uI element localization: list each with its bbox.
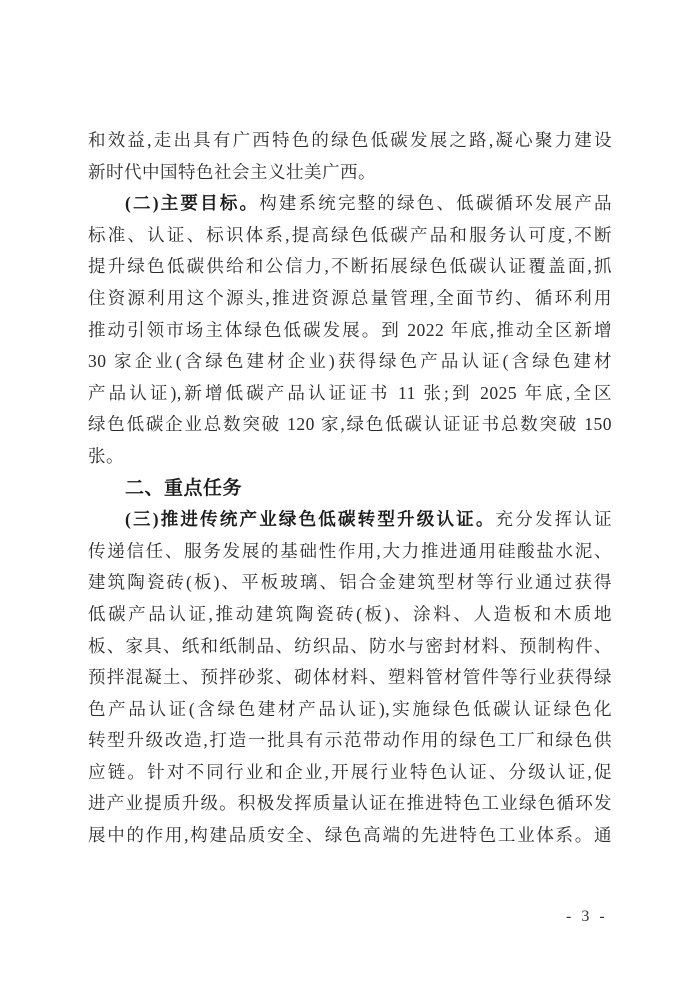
paragraph-text: 绿色低碳企业总数突破 120 家,绿色低碳认证证书总数突破 150 <box>88 414 612 434</box>
paragraph-lead-text: (二)主要目标。 <box>125 193 259 213</box>
paragraph-text: 构建系统完整的绿色、低碳循环发展产品 <box>259 193 612 213</box>
paragraph-text: 标准、认证、标识体系,提高绿色低碳产品和服务认可度,不断 <box>88 225 612 245</box>
paragraph-main-goals-line: 张。 <box>88 441 612 473</box>
paragraph-text: 提升绿色低碳供给和公信力,不断拓展绿色低碳认证覆盖面,抓 <box>88 256 612 276</box>
paragraph-traditional-industry-line: 转型升级改造,打造一批具有示范带动作用的绿色工厂和绿色供 <box>88 725 612 757</box>
paragraph-traditional-industry-line: 低碳产品认证,推动建筑陶瓷砖(板)、涂料、人造板和木质地 <box>88 599 612 631</box>
paragraph-traditional-industry-line: 展中的作用,构建品质安全、绿色高端的先进特色工业体系。通 <box>88 820 612 852</box>
paragraph-text: 二、重点任务 <box>125 478 242 499</box>
paragraph-traditional-industry-line: 传递信任、服务发展的基础性作用,大力推进通用硅酸盐水泥、 <box>88 536 612 568</box>
paragraph-traditional-industry-line: (三)推进传统产业绿色低碳转型升级认证。充分发挥认证 <box>88 504 612 536</box>
paragraph-text: 色产品认证(含绿色建材产品认证),实施绿色低碳认证绿色化 <box>88 699 612 719</box>
paragraph-main-goals-line: 住资源利用这个源头,推进资源总量管理,全面节约、循环利用 <box>88 283 612 315</box>
paragraph-text: 和效益,走出具有广西特色的绿色低碳发展之路,凝心聚力建设 <box>88 130 612 150</box>
paragraph-continuation-line: 和效益,走出具有广西特色的绿色低碳发展之路,凝心聚力建设 <box>88 125 612 157</box>
paragraph-lead-text: (三)推进传统产业绿色低碳转型升级认证。 <box>125 509 496 529</box>
paragraph-text: 进产业提质升级。积极发挥质量认证在推进特色工业绿色循环发 <box>88 793 612 813</box>
paragraph-text: 应链。针对不同行业和企业,开展行业特色认证、分级认证,促 <box>88 762 612 782</box>
paragraph-text: 板、家具、纸和纸制品、纺织品、防水与密封材料、预制构件、 <box>88 636 612 656</box>
paragraph-main-goals-line: 产品认证),新增低碳产品认证证书 11 张;到 2025 年底,全区 <box>88 378 612 410</box>
paragraph-text: 建筑陶瓷砖(板)、平板玻璃、铝合金建筑型材等行业通过获得 <box>88 572 612 592</box>
paragraph-text: 推动引领市场主体绿色低碳发展。到 2022 年底,推动全区新增 <box>88 320 612 340</box>
section-heading-key-tasks-line: 二、重点任务 <box>88 473 612 505</box>
paragraph-text: 预拌混凝土、预拌砂浆、砌体材料、塑料管材管件等行业获得绿 <box>88 667 612 687</box>
paragraph-continuation-line: 新时代中国特色社会主义壮美广西。 <box>88 157 612 189</box>
paragraph-traditional-industry-line: 应链。针对不同行业和企业,开展行业特色认证、分级认证,促 <box>88 757 612 789</box>
paragraph-main-goals-line: 标准、认证、标识体系,提高绿色低碳产品和服务认可度,不断 <box>88 220 612 252</box>
document-page: 和效益,走出具有广西特色的绿色低碳发展之路,凝心聚力建设新时代中国特色社会主义壮… <box>0 0 700 990</box>
paragraph-main-goals-line: (二)主要目标。构建系统完整的绿色、低碳循环发展产品 <box>88 188 612 220</box>
paragraph-text: 30 家企业(含绿色建材企业)获得绿色产品认证(含绿色建材 <box>88 351 612 371</box>
paragraph-main-goals-line: 30 家企业(含绿色建材企业)获得绿色产品认证(含绿色建材 <box>88 346 612 378</box>
paragraph-text: 新时代中国特色社会主义壮美广西。 <box>88 162 376 182</box>
page-number: - 3 - <box>566 908 608 926</box>
paragraph-traditional-industry-line: 建筑陶瓷砖(板)、平板玻璃、铝合金建筑型材等行业通过获得 <box>88 567 612 599</box>
paragraph-traditional-industry-line: 板、家具、纸和纸制品、纺织品、防水与密封材料、预制构件、 <box>88 631 612 663</box>
paragraph-main-goals-line: 提升绿色低碳供给和公信力,不断拓展绿色低碳认证覆盖面,抓 <box>88 251 612 283</box>
paragraph-main-goals-line: 推动引领市场主体绿色低碳发展。到 2022 年底,推动全区新增 <box>88 315 612 347</box>
paragraph-text: 张。 <box>88 446 124 466</box>
paragraph-traditional-industry-line: 预拌混凝土、预拌砂浆、砌体材料、塑料管材管件等行业获得绿 <box>88 662 612 694</box>
paragraph-text: 充分发挥认证 <box>496 509 612 529</box>
paragraph-text: 传递信任、服务发展的基础性作用,大力推进通用硅酸盐水泥、 <box>88 541 612 561</box>
paragraph-traditional-industry-line: 色产品认证(含绿色建材产品认证),实施绿色低碳认证绿色化 <box>88 694 612 726</box>
paragraph-text: 展中的作用,构建品质安全、绿色高端的先进特色工业体系。通 <box>88 825 612 845</box>
paragraph-text: 低碳产品认证,推动建筑陶瓷砖(板)、涂料、人造板和木质地 <box>88 604 612 624</box>
document-content: 和效益,走出具有广西特色的绿色低碳发展之路,凝心聚力建设新时代中国特色社会主义壮… <box>88 125 612 852</box>
paragraph-main-goals-line: 绿色低碳企业总数突破 120 家,绿色低碳认证证书总数突破 150 <box>88 409 612 441</box>
paragraph-text: 产品认证),新增低碳产品认证证书 11 张;到 2025 年底,全区 <box>88 383 612 403</box>
paragraph-traditional-industry-line: 进产业提质升级。积极发挥质量认证在推进特色工业绿色循环发 <box>88 788 612 820</box>
paragraph-text: 住资源利用这个源头,推进资源总量管理,全面节约、循环利用 <box>88 288 612 308</box>
paragraph-text: 转型升级改造,打造一批具有示范带动作用的绿色工厂和绿色供 <box>88 730 612 750</box>
